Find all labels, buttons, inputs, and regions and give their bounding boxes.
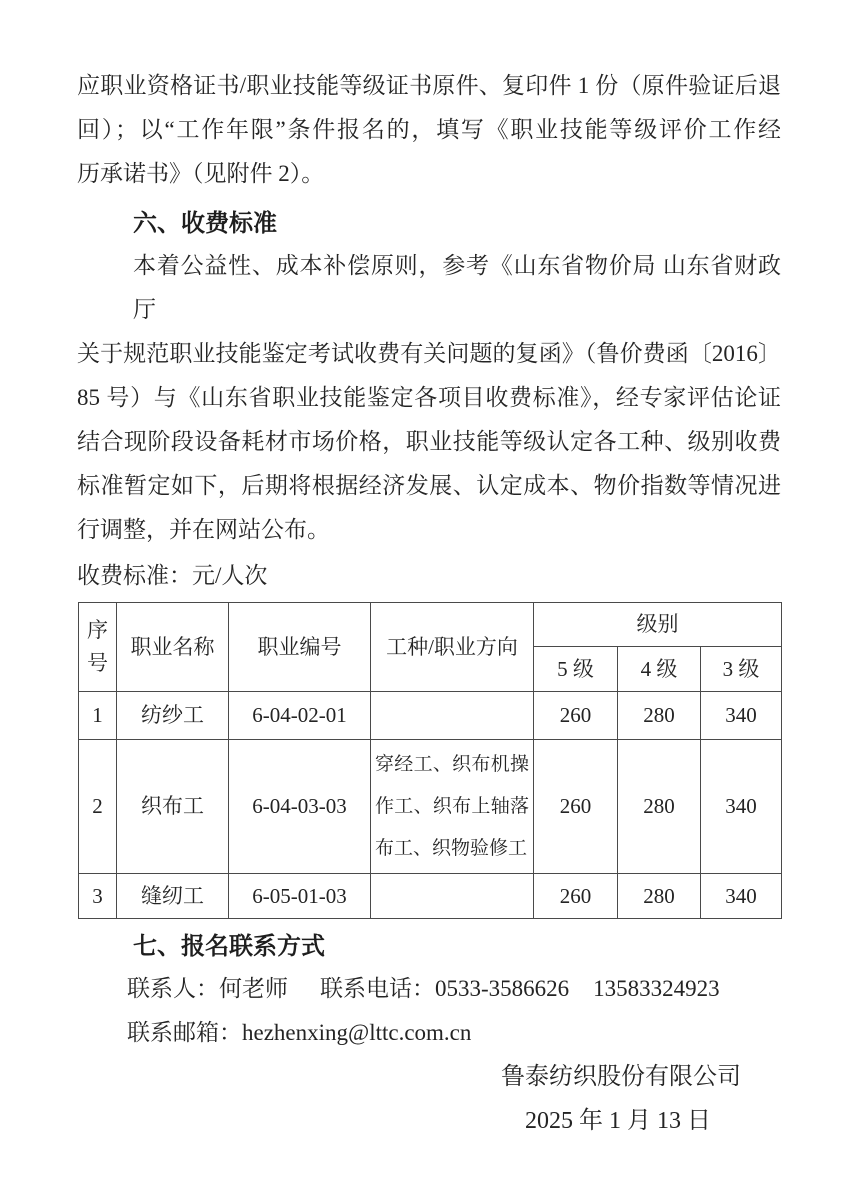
cell-occupation-name: 缝纫工 [117, 874, 229, 919]
cell-occupation-code: 6-05-01-03 [229, 874, 371, 919]
cell-fee-level4: 280 [618, 740, 701, 874]
cell-occupation-name: 纺纱工 [117, 692, 229, 740]
fee-table-header-occupation-code: 职业编号 [229, 603, 371, 692]
cell-fee-level4: 280 [618, 874, 701, 919]
body-line: 85 号）与《山东省职业技能鉴定各项目收费标准》，经专家评估论证 [77, 376, 781, 420]
fee-table-header-level-4: 4 级 [618, 647, 701, 692]
fee-table-header-level-3: 3 级 [701, 647, 782, 692]
body-line: 行调整，并在网站公布。 [77, 508, 781, 552]
cell-fee-level5: 260 [534, 692, 618, 740]
body-line: 本着公益性、成本补偿原则，参考《山东省物价局 山东省财政厅 [77, 244, 781, 332]
fee-table-header-level-group: 级别 [534, 603, 782, 647]
cell-fee-level3: 340 [701, 740, 782, 874]
cell-row-no: 1 [79, 692, 117, 740]
cell-fee-level5: 260 [534, 740, 618, 874]
fee-table-header-no: 序号 [79, 603, 117, 692]
table-row: 1 纺纱工 6-04-02-01 260 280 340 [79, 692, 782, 740]
fee-unit-note: 收费标准：元/人次 [77, 556, 781, 596]
fee-table-header-direction: 工种/职业方向 [371, 603, 534, 692]
section-heading-fee-standard: 六、收费标准 [77, 204, 781, 244]
contact-person-phone-line: 联系人：何老师联系电话：0533-358662613583324923 [77, 967, 781, 1011]
contact-person-label: 联系人： [127, 976, 219, 1001]
table-row: 2 织布工 6-04-03-03 穿经工、织布机操作工、织布上轴落布工、织物验修… [79, 740, 782, 874]
body-line: 结合现阶段设备耗材市场价格，职业技能等级认定各工种、级别收费 [77, 420, 781, 464]
section-heading-contact: 七、报名联系方式 [77, 927, 781, 967]
contact-email-value: hezhenxing@lttc.com.cn [242, 1020, 471, 1045]
contact-person-name: 何老师 [219, 976, 288, 1001]
fee-table-header-level-5: 5 级 [534, 647, 618, 692]
cell-occupation-code: 6-04-03-03 [229, 740, 371, 874]
contact-phone-label: 联系电话： [320, 976, 435, 1001]
document-content: 应职业资格证书/职业技能等级证书原件、复印件 1 份（原件验证后退 回）；以“工… [0, 0, 849, 1143]
cell-fee-level4: 280 [618, 692, 701, 740]
cell-direction: 穿经工、织布机操作工、织布上轴落布工、织物验修工 [371, 740, 534, 874]
fee-table-header-occupation-name: 职业名称 [117, 603, 229, 692]
cell-occupation-name: 织布工 [117, 740, 229, 874]
cell-direction [371, 874, 534, 919]
body-line: 回）；以“工作年限”条件报名的，填写《职业技能等级评价工作经 [77, 108, 781, 152]
fee-table: 序号 职业名称 职业编号 工种/职业方向 级别 5 级 4 级 3 级 1 纺纱… [78, 602, 782, 919]
contact-phone-2: 13583324923 [593, 976, 720, 1001]
signature-company: 鲁泰纺织股份有限公司 [77, 1055, 781, 1099]
signature-date: 2025 年 1 月 13 日 [77, 1099, 781, 1143]
body-line: 应职业资格证书/职业技能等级证书原件、复印件 1 份（原件验证后退 [77, 64, 781, 108]
cell-direction [371, 692, 534, 740]
cell-row-no: 3 [79, 874, 117, 919]
contact-phone-1: 0533-3586626 [435, 976, 569, 1001]
cell-fee-level3: 340 [701, 874, 782, 919]
body-line: 历承诺书》（见附件 2）。 [77, 152, 781, 196]
body-line: 标准暂定如下，后期将根据经济发展、认定成本、物价指数等情况进 [77, 464, 781, 508]
contact-email-line: 联系邮箱：hezhenxing@lttc.com.cn [77, 1011, 781, 1055]
cell-fee-level3: 340 [701, 692, 782, 740]
cell-fee-level5: 260 [534, 874, 618, 919]
cell-occupation-code: 6-04-02-01 [229, 692, 371, 740]
cell-row-no: 2 [79, 740, 117, 874]
body-line: 关于规范职业技能鉴定考试收费有关问题的复函》（鲁价费函〔2016〕 [77, 332, 781, 376]
contact-email-label: 联系邮箱： [127, 1020, 242, 1045]
scanned-document-page: 应职业资格证书/职业技能等级证书原件、复印件 1 份（原件验证后退 回）；以“工… [0, 0, 849, 1200]
table-row: 3 缝纫工 6-05-01-03 260 280 340 [79, 874, 782, 919]
